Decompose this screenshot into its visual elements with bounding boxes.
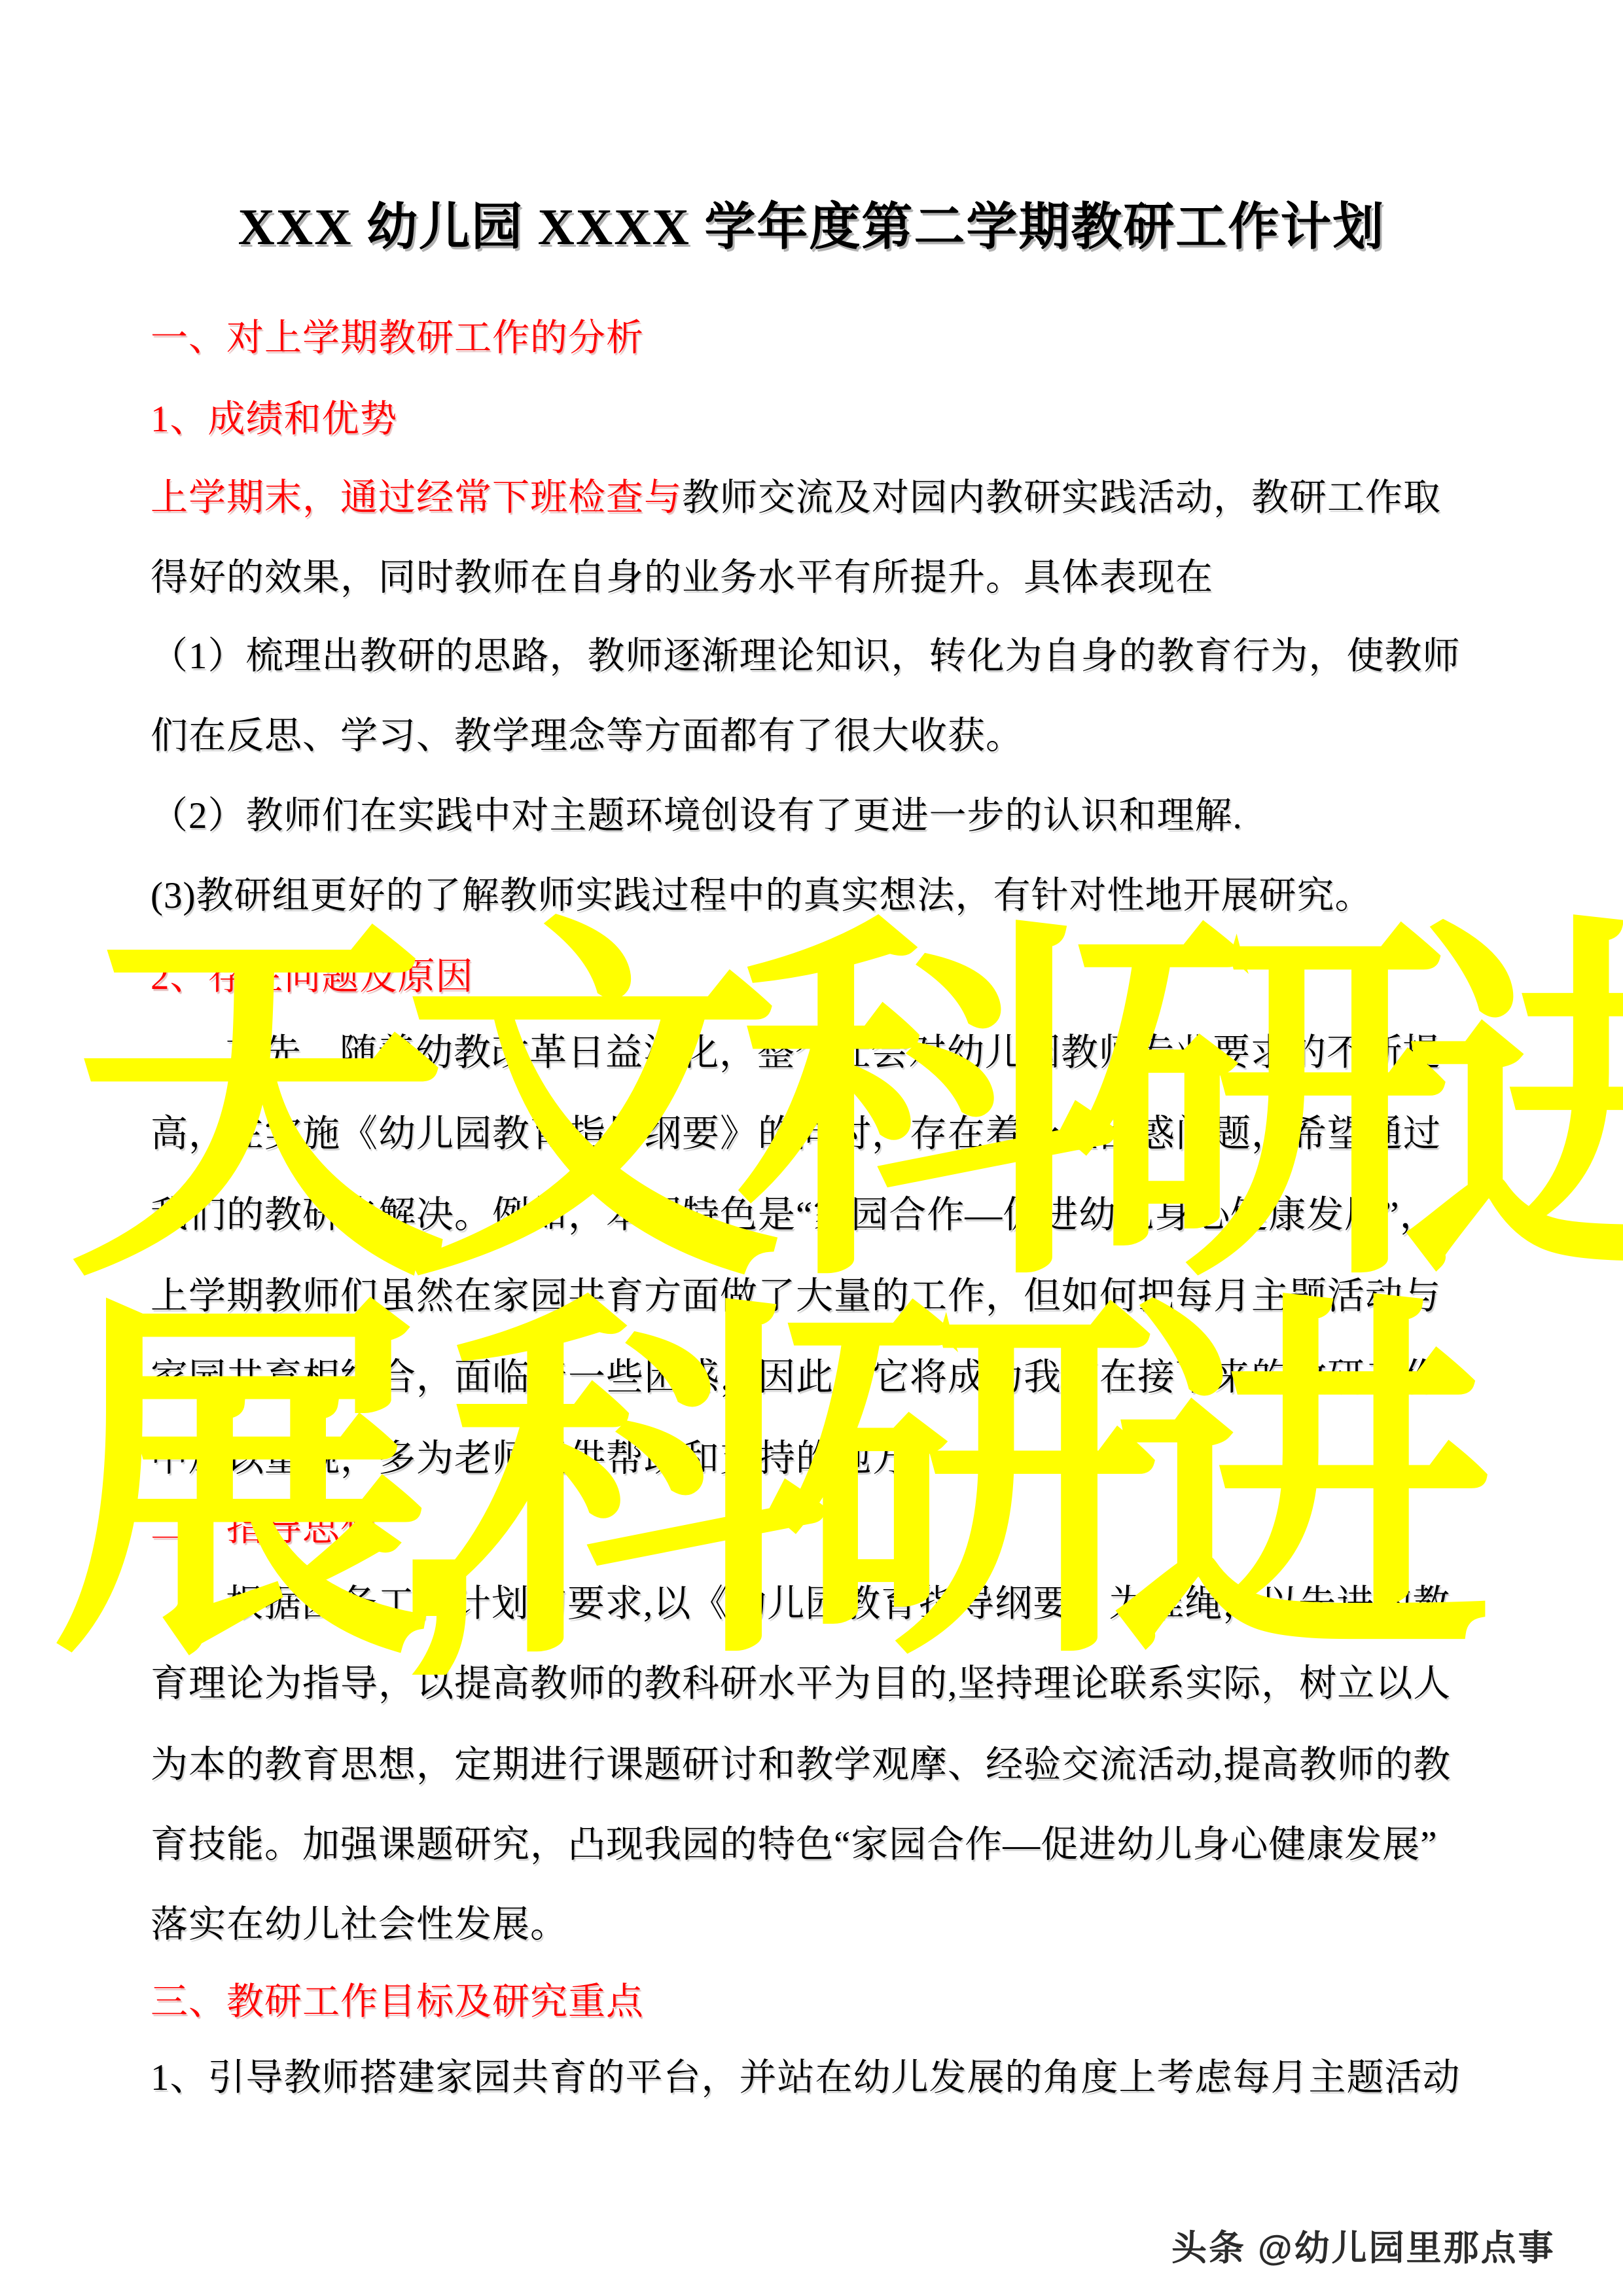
page-title: XXX 幼儿园 XXXX 学年度第二学期教研工作计划 bbox=[0, 186, 1623, 259]
section3-point1: 1、引导教师搭建家园共育的平台，并站在幼儿发展的角度上考虑每月主题活动 bbox=[151, 2047, 1461, 2101]
section1-point2: （2）教师们在实践中对主题环境创设有了更进一步的认识和理解. bbox=[151, 785, 1243, 839]
guideline-paragraph-line3: 为本的教育思想，定期进行课题研讨和教学观摩、经验交流活动,提高教师的教 bbox=[151, 1734, 1451, 1788]
section1-point1-line1: （1）梳理出教研的思路，教师逐渐理论知识，转化为自身的教育行为，使教师 bbox=[151, 626, 1461, 679]
paragraph1-red-run: 上学期末，通过经常下班检查与 bbox=[151, 477, 682, 518]
toutiao-credit-watermark: 头条 @幼儿园里那点事 bbox=[1171, 2220, 1556, 2270]
watermark-text-line2: 展,科研进 bbox=[52, 1295, 1447, 1674]
watermark-text-line1: 天文科研进 bbox=[69, 916, 1623, 1296]
guideline-paragraph-line4: 育技能。加强课题研究，凸现我园的特色“家园合作—促进幼儿身心健康发展” bbox=[151, 1814, 1438, 1868]
section1-sub1-heading: 1、成绩和优势 bbox=[151, 389, 398, 442]
section1-paragraph1-line2: 得好的效果，同时教师在自身的业务水平有所提升。具体表现在 bbox=[151, 547, 1213, 601]
section1-heading: 一、对上学期教研工作的分析 bbox=[151, 308, 644, 361]
guideline-paragraph-line5: 落实在幼儿社会性发展。 bbox=[151, 1894, 568, 1948]
document-page: XXX 幼儿园 XXXX 学年度第二学期教研工作计划 一、对上学期教研工作的分析… bbox=[0, 0, 1623, 2296]
paragraph1-black-run: 教师交流及对园内教研实践活动，教研工作取 bbox=[682, 477, 1441, 518]
section1-paragraph1-line1: 上学期末，通过经常下班检查与教师交流及对园内教研实践活动，教研工作取 bbox=[151, 467, 1441, 521]
section3-heading: 三、教研工作目标及研究重点 bbox=[151, 1971, 644, 2025]
section1-point1-line2: 们在反思、学习、教学理念等方面都有了很大收获。 bbox=[151, 706, 1024, 759]
